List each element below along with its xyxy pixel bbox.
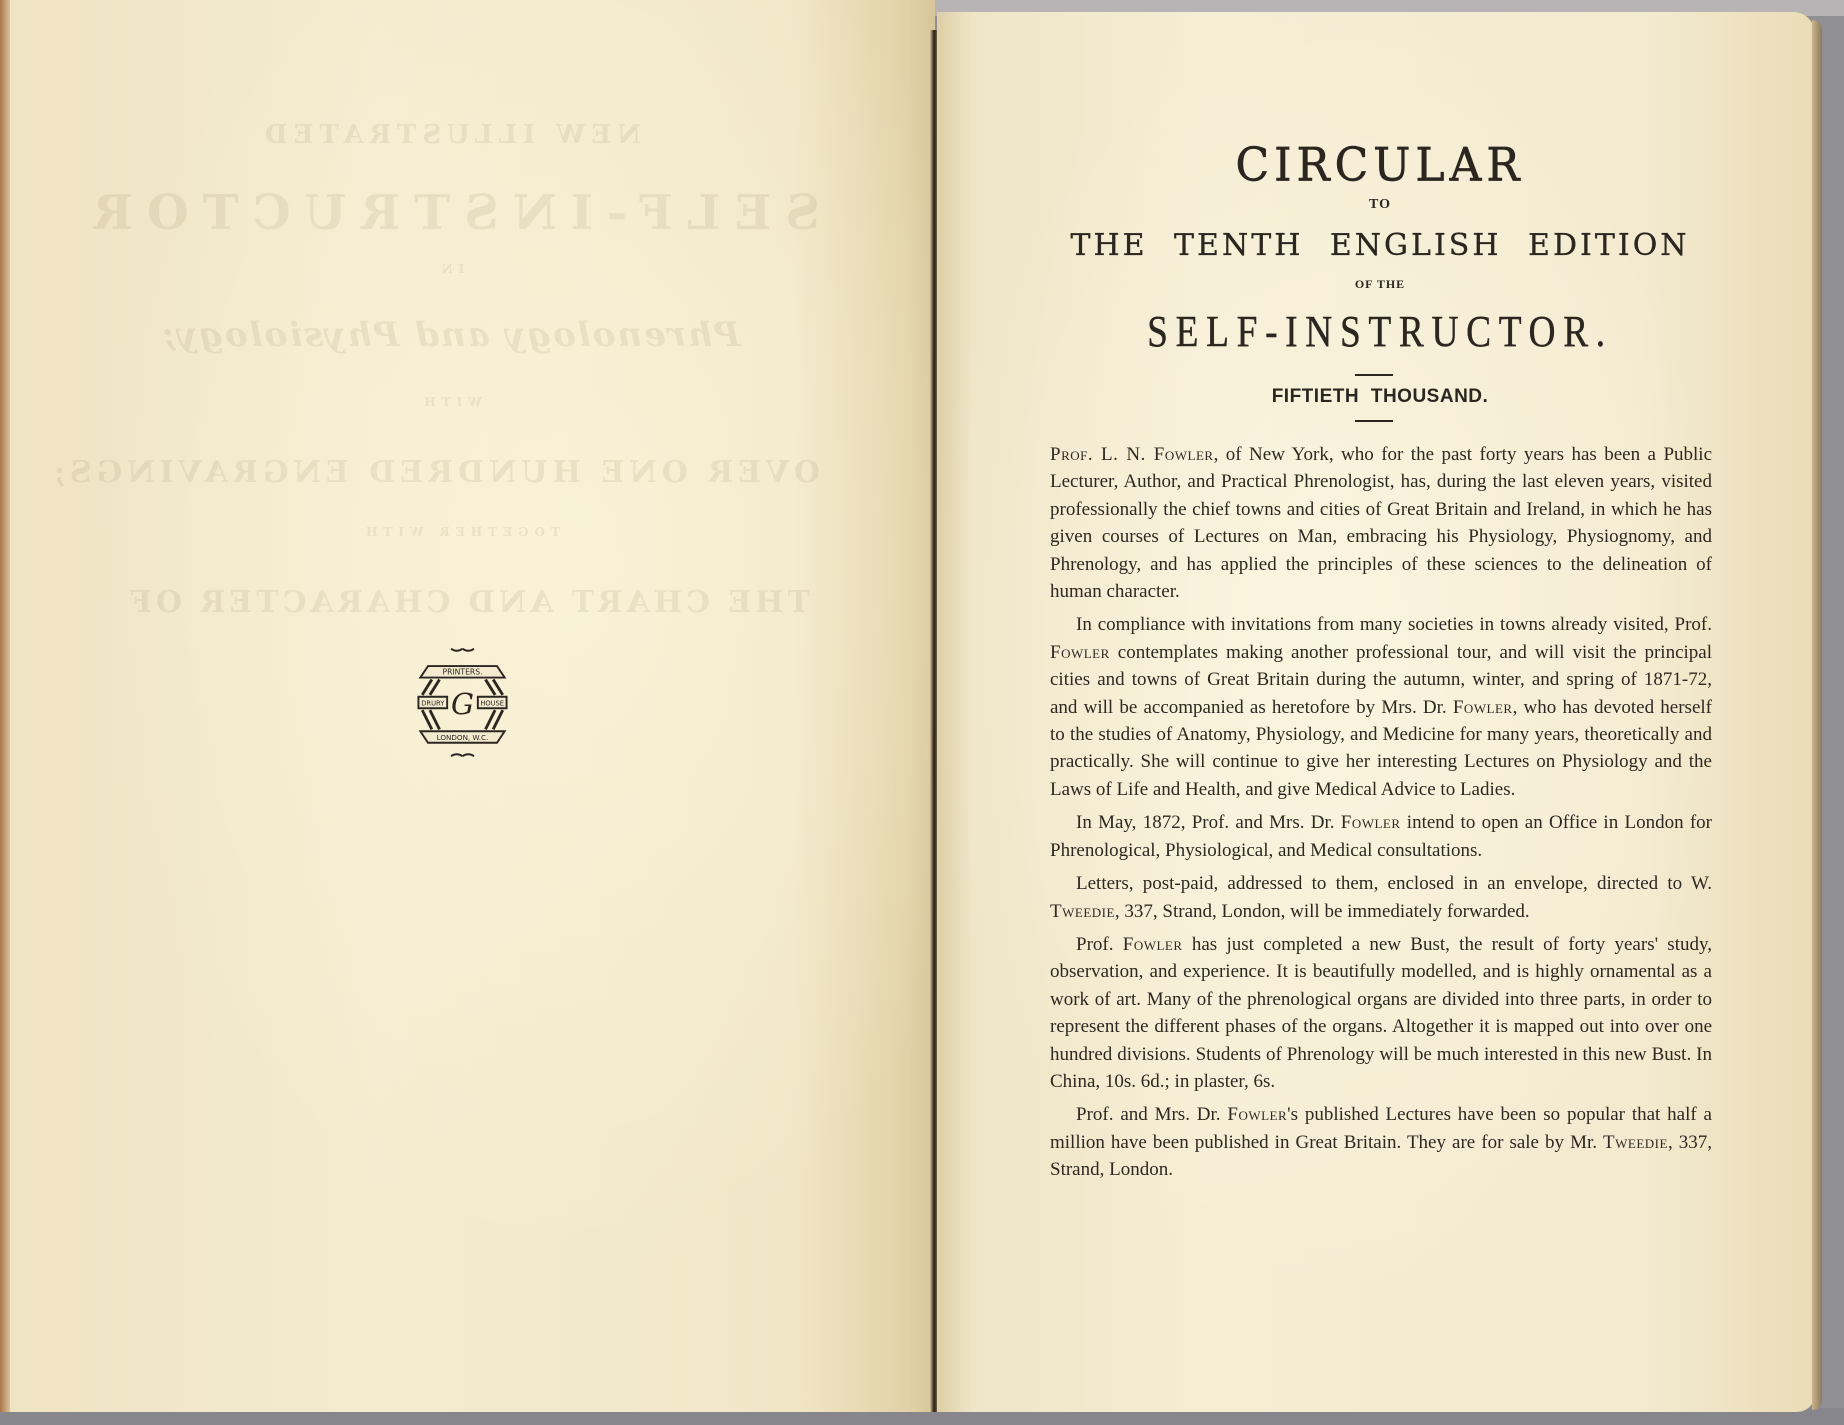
paragraph-text: In compliance with invitations from many…: [1076, 614, 1712, 635]
svg-text:PRINTERS.: PRINTERS.: [442, 668, 482, 677]
paragraph: Letters, post-paid, addressed to them, e…: [1050, 870, 1712, 925]
name-small-caps: Prof. L. N. Fowler: [1050, 444, 1214, 465]
paragraph: Prof. and Mrs. Dr. Fowler's published Le…: [1050, 1101, 1712, 1183]
printers-emblem: PRINTERS. DRURY HOUSE LONDON, W.C. G: [405, 645, 520, 760]
bleed-through-line: Phrenology and Physiology;: [180, 315, 740, 355]
name-small-caps: Fowler: [1341, 812, 1401, 833]
paragraph-text: has just completed a new Bust, the resul…: [1050, 934, 1712, 1092]
bleed-through-line: THE CHART AND CHARACTER OF: [130, 585, 810, 620]
svg-text:HOUSE: HOUSE: [480, 699, 504, 707]
bleed-through-line: NEW ILLUSTRATED: [200, 120, 700, 150]
paragraph-text: Prof.: [1076, 934, 1123, 955]
paragraph-text: Prof. and Mrs. Dr.: [1076, 1104, 1227, 1125]
paragraph: In May, 1872, Prof. and Mrs. Dr. Fowler …: [1050, 809, 1712, 864]
bleed-through-line: TOGETHER WITH: [330, 525, 590, 539]
bleed-through-line: WITH: [400, 395, 500, 409]
bleed-through-line: SELF-INSTRUCTOR: [100, 185, 820, 241]
paragraph-text: , 337, Strand, London, will be immediate…: [1115, 901, 1530, 922]
paragraph-text: In May, 1872, Prof. and Mrs. Dr.: [1076, 812, 1341, 833]
divider-rule: [1355, 374, 1393, 376]
name-small-caps: Fowler: [1050, 642, 1110, 663]
paragraph-text: , of New York, who for the past forty ye…: [1050, 444, 1712, 602]
title-edition: THE TENTH ENGLISH EDITION: [1045, 228, 1715, 263]
left-page: NEW ILLUSTRATED SELF-INSTRUCTOR IN Phren…: [0, 0, 935, 1412]
body-text: Prof. L. N. Fowler, of New York, who for…: [1050, 441, 1712, 1190]
paragraph: In compliance with invitations from many…: [1050, 611, 1712, 803]
paragraph-text: Letters, post-paid, addressed to them, e…: [1076, 873, 1712, 894]
bleed-through-line: OVER ONE HUNDRED ENGRAVINGS;: [100, 455, 820, 490]
svg-text:G: G: [451, 687, 474, 721]
printers-mark-icon: PRINTERS. DRURY HOUSE LONDON, W.C. G: [405, 645, 520, 760]
title-of-the: OF THE: [1045, 277, 1715, 292]
right-page-edge: [1812, 20, 1822, 1410]
subtitle-fiftieth-thousand: FIFTIETH THOUSAND.: [1045, 386, 1715, 408]
title-to: TO: [1045, 197, 1715, 213]
name-small-caps: Tweedie: [1050, 901, 1115, 922]
svg-text:DRURY: DRURY: [421, 699, 445, 707]
svg-text:LONDON, W.C.: LONDON, W.C.: [437, 733, 489, 742]
name-small-caps: Fowler: [1227, 1104, 1287, 1125]
title-self-instructor: SELF-INSTRUCTOR.: [1095, 306, 1665, 357]
paragraph: Prof. Fowler has just completed a new Bu…: [1050, 931, 1712, 1095]
name-small-caps: Fowler: [1123, 934, 1183, 955]
title-circular: CIRCULAR: [1045, 139, 1715, 193]
book-spread: NEW ILLUSTRATED SELF-INSTRUCTOR IN Phren…: [0, 0, 1844, 1425]
name-small-caps: Tweedie: [1603, 1132, 1668, 1153]
name-small-caps: Fowler: [1453, 697, 1513, 718]
bleed-through-line: IN: [400, 262, 500, 276]
divider-rule: [1355, 420, 1393, 422]
paragraph: Prof. L. N. Fowler, of New York, who for…: [1050, 441, 1712, 605]
